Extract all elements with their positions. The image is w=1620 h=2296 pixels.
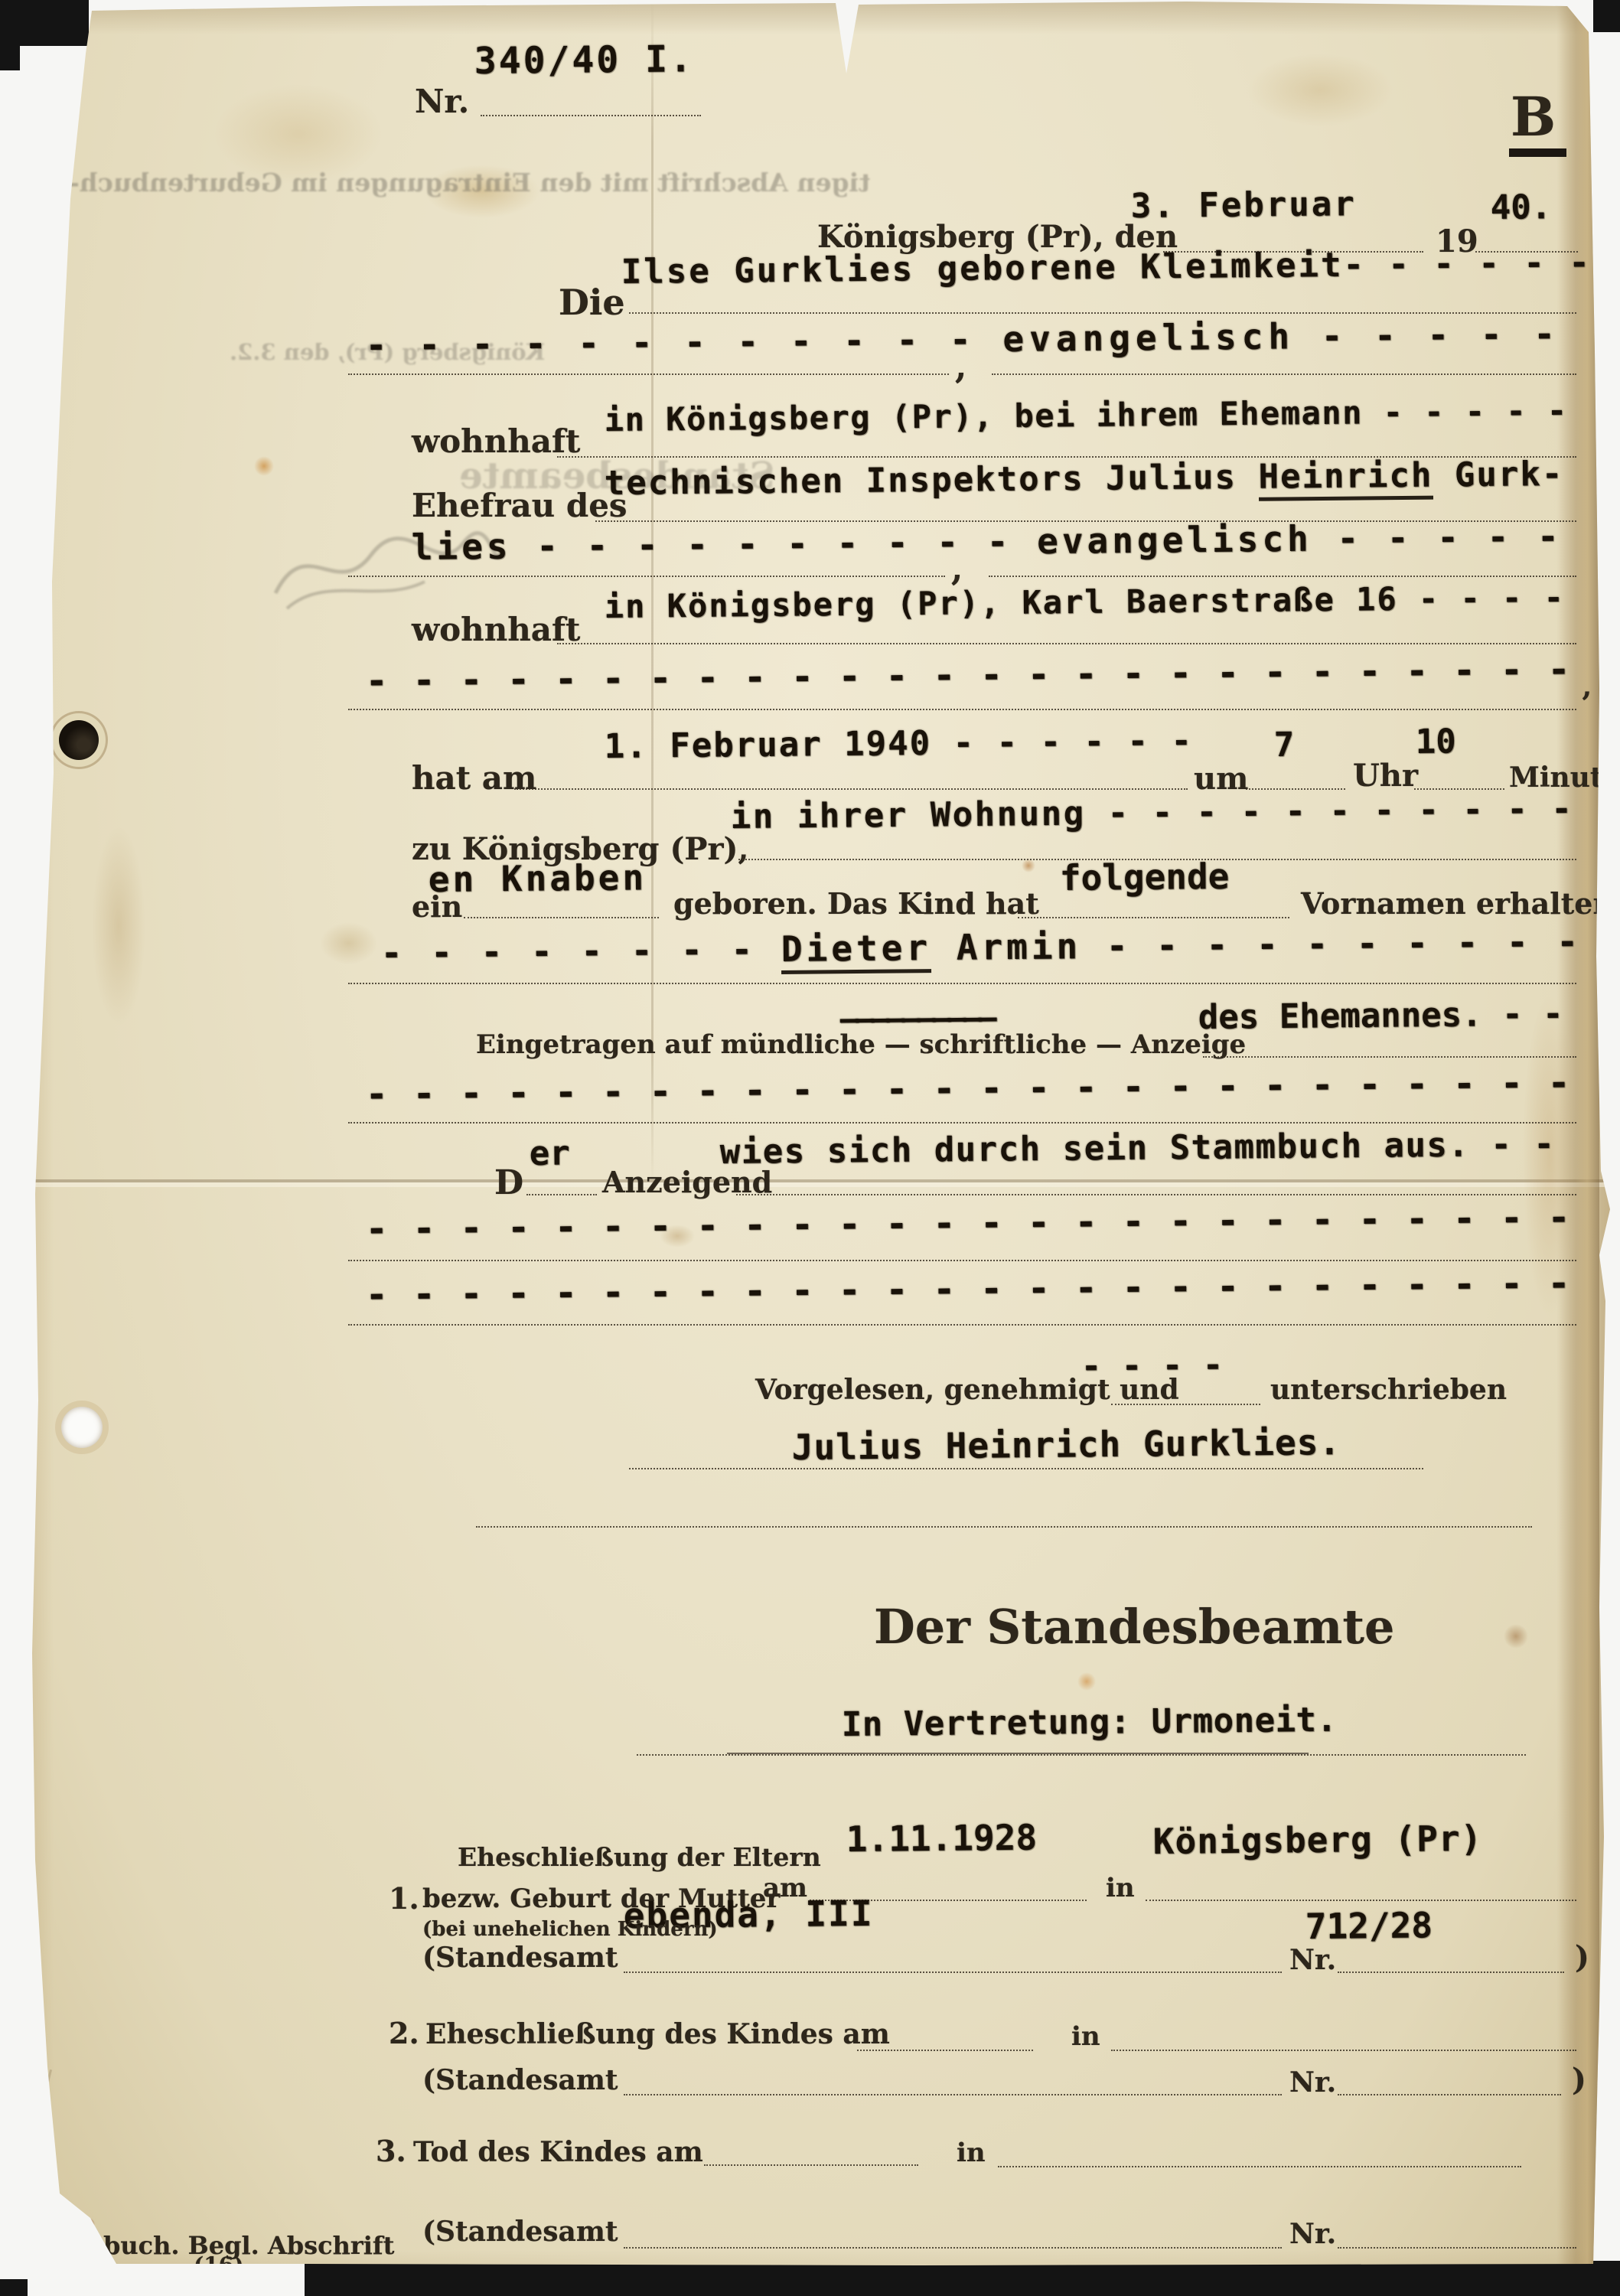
- typed-reporter: des Ehemannes. - -: [1198, 997, 1563, 1035]
- typed-filler-dashes: - - - - - - - - - - - - - - - - - - - - …: [366, 1065, 1572, 1113]
- typed-father-name-underlined: Heinrich: [1258, 456, 1433, 501]
- dotted-rule: [348, 709, 1576, 710]
- standesamt-label: (Standesamt: [422, 2218, 618, 2245]
- dotted-rule: [514, 788, 1188, 790]
- dotted-rule: [624, 2247, 1282, 2249]
- crease-horizontal-fold: [0, 1179, 1620, 1182]
- dotted-rule: [557, 643, 1576, 644]
- typed-dashes: - - - - - - - -: [381, 928, 782, 974]
- scanned-document: tigen Abschrift mit den Eintragungen im …: [0, 0, 1620, 2296]
- dotted-rule: [348, 373, 949, 375]
- crease-bottom-left-diagonal: [0, 2069, 52, 2285]
- stain: [1504, 1624, 1528, 1649]
- dotted-rule: [476, 1526, 1532, 1528]
- typed-birth-date: 1. Februar 1940 - - - - - -: [605, 725, 1194, 764]
- typed-father-line1: technischen Inspektors Julius Heinrich G…: [605, 458, 1564, 501]
- file-number: 340/40 I.: [474, 41, 695, 80]
- nr-label: Nr.: [1289, 1946, 1336, 1974]
- typed-deputy: In Vertretung: Urmoneit.: [842, 1704, 1338, 1742]
- standesamt-label: (Standesamt: [422, 2066, 618, 2094]
- corner-letter: B: [1509, 90, 1566, 157]
- comma-mark: ,: [955, 351, 966, 384]
- typed-father-line2: lies - - - - - - - - - - evangelisch - -…: [412, 519, 1563, 565]
- stain: [92, 827, 145, 1026]
- wohnhaft-label: wohnhaft: [412, 614, 580, 646]
- dotted-rule: [348, 576, 945, 577]
- dotted-rule: [1338, 2247, 1576, 2249]
- dotted-rule: [992, 373, 1576, 375]
- crease-horizontal-fold-highlight: [0, 1182, 1620, 1187]
- in-label: in: [1106, 1875, 1135, 1901]
- schriftliche-word: schriftliche: [920, 1029, 1087, 1060]
- typed-mother-residence: in Königsberg (Pr), bei ihrem Ehemann - …: [605, 395, 1568, 436]
- dotted-rule: [624, 2094, 1282, 2095]
- tick-mark: ’: [1581, 689, 1592, 719]
- nr-label: Nr.: [1289, 2220, 1336, 2248]
- dotted-rule: [624, 1971, 1282, 1973]
- dotted-rule: [1111, 1404, 1260, 1405]
- typed-marriage-date: 1.11.1928: [846, 1820, 1038, 1857]
- note1-line3: (bei unehelichen Kindern): [422, 1919, 718, 1939]
- ghost-text-line: tigen Abschrift mit den Eintragungen im …: [69, 170, 870, 195]
- eingetragen-pre: Eingetragen auf mündliche —: [476, 1029, 920, 1060]
- standesamt-label: (Standesamt: [422, 1944, 618, 1971]
- dotted-rule: [1338, 1971, 1564, 1973]
- scan-edge-top-left-side: [0, 0, 20, 70]
- in-label: in: [1071, 2024, 1100, 2050]
- scan-edge-bottom-left: [0, 2279, 28, 2296]
- typed-marriage-place: Königsberg (Pr): [1153, 1821, 1483, 1859]
- typed-father-residence: in Königsberg (Pr), Karl Baerstraße 16 -…: [605, 582, 1566, 623]
- nr-label: Nr.: [415, 86, 469, 118]
- note2-line1: Eheschließung des Kindes am: [425, 2020, 890, 2048]
- dotted-rule: [704, 2164, 918, 2166]
- note3-number: 3.: [376, 2137, 406, 2166]
- in-label: in: [957, 2140, 986, 2166]
- footer-stamp-line1: buch. Begl. Abschrift: [103, 2233, 394, 2258]
- dotted-rule: [348, 1260, 1576, 1261]
- typed-registry-nr: 712/28: [1305, 1907, 1433, 1944]
- scan-edge-bottom: [305, 2261, 1620, 2296]
- dotted-rule: [637, 1754, 1526, 1756]
- paren-close: ): [1572, 2065, 1586, 2095]
- wohnhaft-label: wohnhaft: [412, 426, 580, 458]
- typed-birth-place: in ihrer Wohnung - - - - - - - - - - -: [731, 792, 1574, 834]
- dotted-rule: [736, 1194, 1576, 1195]
- dotted-rule: [464, 917, 659, 918]
- stain: [320, 922, 377, 964]
- stain: [1247, 54, 1393, 126]
- footer-stamp-line2: (16): [194, 2255, 243, 2276]
- dotted-rule: [348, 1122, 1576, 1124]
- punch-hole-dark: [59, 720, 99, 760]
- typed-birth-minutes: 10: [1416, 725, 1456, 759]
- eingetragen-post: — Anzeige: [1087, 1029, 1246, 1060]
- vornamen-label: Vornamen erhalten: [1301, 889, 1614, 918]
- typed-filler-dashes: - - - - - - - - - - - - - - - - - - - - …: [366, 1265, 1572, 1313]
- geboren-label: geboren. Das Kind hat: [673, 889, 1039, 918]
- stain: [1077, 1672, 1096, 1691]
- typed-first-name-underlined: Dieter: [781, 927, 932, 974]
- paren-close: ): [1575, 1942, 1589, 1973]
- dotted-rule: [348, 1324, 1576, 1326]
- dotted-rule: [1146, 1900, 1576, 1901]
- scan-edge-top-right: [1593, 0, 1620, 32]
- ehefrau-label: Ehefrau des: [412, 490, 627, 522]
- dotted-rule: [348, 983, 1576, 984]
- typed-signature: Julius Heinrich Gurklies.: [792, 1424, 1341, 1465]
- standesbeamte-heading: Der Standesbeamte: [874, 1603, 1395, 1651]
- footer-stamp-line3: 3: [208, 2273, 223, 2294]
- note2-number: 2.: [389, 2019, 419, 2048]
- comma-mark: ,: [951, 553, 963, 586]
- minuten-label: Minuten: [1509, 764, 1620, 791]
- typed-folgende: folgende: [1060, 859, 1230, 895]
- punch-hole-light: [61, 1407, 103, 1448]
- die-label: Die: [559, 285, 625, 320]
- paper-sheet: tigen Abschrift mit den Eintragungen im …: [0, 0, 1620, 2296]
- dotted-rule: [998, 2166, 1521, 2167]
- nr-label: Nr.: [1289, 2069, 1336, 2096]
- vorgelesen-pre: Vorgelesen, genehmigt und: [755, 1376, 1179, 1404]
- dotted-rule: [481, 115, 701, 116]
- dotted-rule: [1246, 788, 1345, 790]
- dotted-rule: [1018, 917, 1289, 918]
- uhr-label: Uhr: [1353, 761, 1418, 791]
- eingetragen-sentence: Eingetragen auf mündliche — schriftliche…: [476, 1032, 1246, 1058]
- note3-line1: Tod des Kindes am: [413, 2138, 703, 2166]
- note1-line1: Eheschließung der Eltern: [458, 1844, 821, 1870]
- vorgelesen-post: unterschrieben: [1270, 1376, 1507, 1404]
- typed-filler-dashes: - - - - - - - - - - - - - - - - - - - - …: [366, 651, 1572, 700]
- note1-number: 1.: [389, 1884, 419, 1913]
- typed-document-year: 40.: [1491, 191, 1552, 225]
- typed-father-role: technischen Inspektors Julius: [605, 458, 1259, 503]
- stain: [84, 2218, 95, 2230]
- dotted-rule: [857, 2050, 1033, 2051]
- stain: [1022, 859, 1035, 872]
- typed-child-names: - - - - - - - - Dieter Armin - - - - - -…: [381, 924, 1583, 970]
- typed-filler-dashes: - - - - - - - - - - - - - - - - - - - - …: [366, 1199, 1572, 1247]
- typed-der-suffix: er: [530, 1137, 570, 1171]
- typed-birth-hour: 7: [1274, 729, 1295, 762]
- d-label: D: [494, 1166, 523, 1200]
- dotted-rule: [1338, 2094, 1561, 2095]
- typed-statement: wies sich durch sein Stammbuch aus. - -: [720, 1128, 1556, 1169]
- anzeigend-label: Anzeigend: [602, 1168, 772, 1197]
- typed-mother-name: Ilse Gurklies geborene Kleimkeit- - - - …: [621, 246, 1592, 289]
- dotted-rule: [1111, 2050, 1576, 2051]
- typed-middle-name: Armin - - - - - - - - - -: [931, 921, 1583, 968]
- dotted-rule: [989, 576, 1576, 577]
- dotted-rule: [1203, 1056, 1576, 1058]
- dotted-rule: [526, 1194, 597, 1195]
- pen-line: [727, 1753, 1309, 1754]
- stain: [254, 456, 274, 476]
- typed-document-date: 3. Februar: [1131, 188, 1357, 223]
- dotted-rule: [629, 1468, 1423, 1469]
- ein-label: ein: [412, 892, 462, 921]
- typed-father-surname: Gurk-: [1433, 455, 1563, 495]
- um-label: um: [1194, 764, 1248, 794]
